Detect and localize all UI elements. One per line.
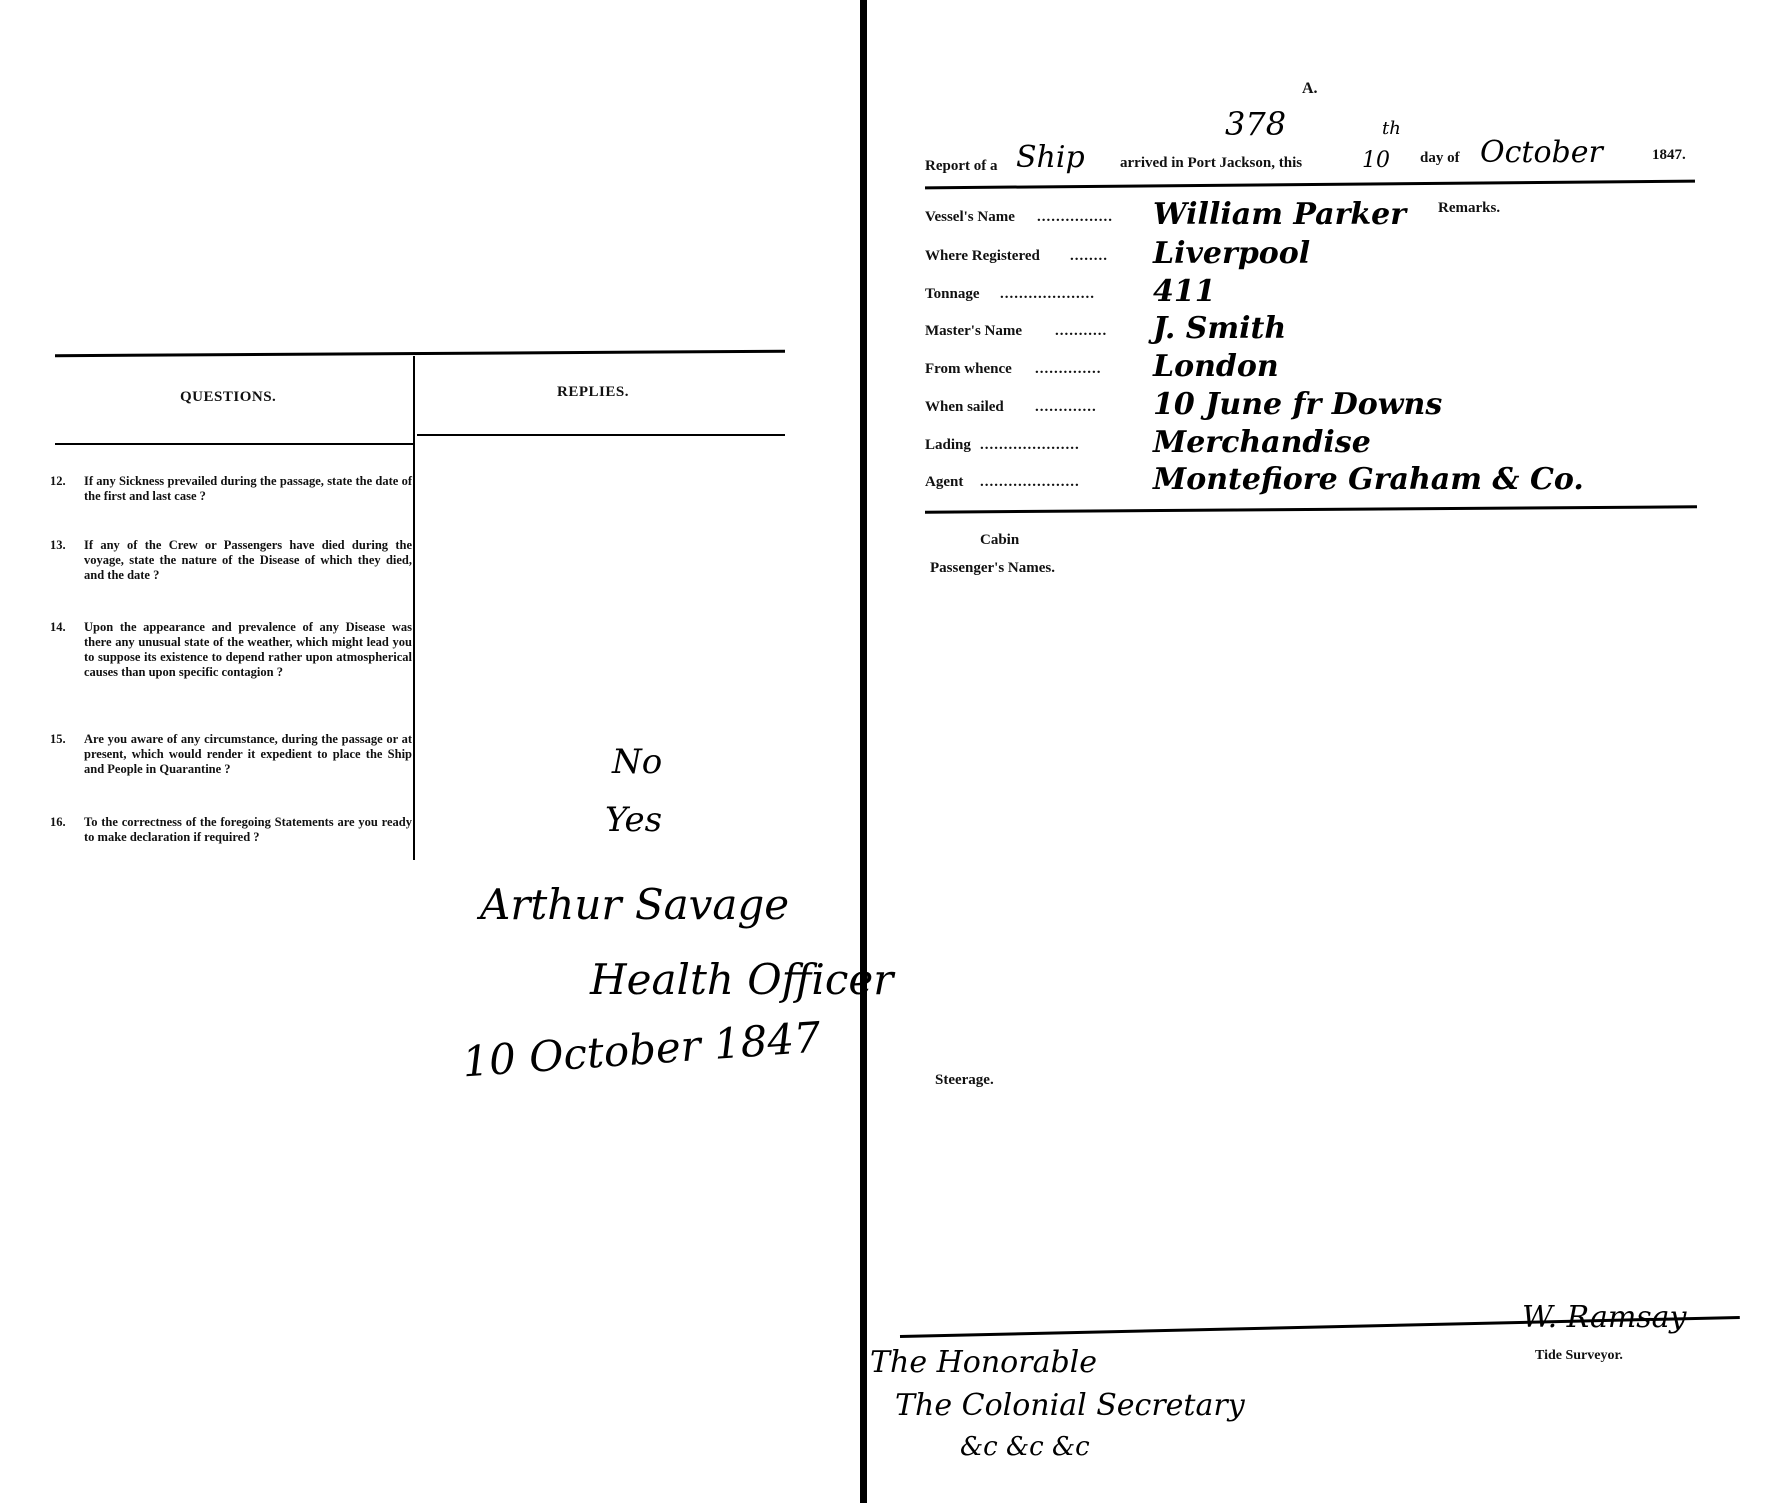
field-where-registered: Where Registered ........ Liverpool — [925, 242, 1625, 276]
passengers-label: Passenger's Names. — [930, 560, 1055, 577]
field-label: Master's Name — [925, 323, 1022, 340]
question-16: 16. To the correctness of the foregoing … — [50, 815, 412, 845]
arrived-text: arrived in Port Jackson, this — [1120, 155, 1302, 172]
leader-dots: ............. — [1035, 399, 1150, 416]
leader-dots: ................ — [1037, 209, 1151, 226]
report-rule — [925, 180, 1695, 190]
column-divider — [413, 356, 415, 860]
leader-dots: ........... — [1055, 323, 1150, 340]
health-officer-name: Arthur Savage — [480, 880, 789, 929]
question-13: 13. If any of the Crew or Passengers hav… — [50, 538, 412, 583]
steerage-label: Steerage. — [935, 1072, 994, 1089]
field-lading: Lading ..................... Merchandise — [925, 431, 1625, 465]
where-registered-value: Liverpool — [1153, 236, 1310, 271]
question-text: Upon the appearance and prevalence of an… — [84, 620, 412, 680]
schedule-letter: A. — [1302, 80, 1318, 98]
particulars-rule — [925, 505, 1697, 513]
field-tonnage: Tonnage .................... 411 — [925, 280, 1625, 314]
field-label: Tonnage — [925, 286, 979, 303]
field-label: When sailed — [925, 399, 1004, 416]
field-when-sailed: When sailed ............. 10 June fr Dow… — [925, 393, 1625, 427]
question-number: 16. — [50, 815, 80, 830]
cabin-label: Cabin — [980, 532, 1019, 549]
questions-header: QUESTIONS. — [180, 389, 276, 406]
replies-header-rule — [417, 434, 785, 436]
field-from-whence: From whence .............. London — [925, 355, 1625, 389]
leader-dots: ........ — [1070, 248, 1150, 265]
tide-surveyor-signature: W. Ramsay — [1522, 1300, 1687, 1335]
reply-15: No — [612, 742, 662, 782]
question-text: Are you aware of any circumstance, durin… — [84, 732, 412, 777]
field-label: Vessel's Name — [925, 209, 1015, 226]
arrival-month: October — [1480, 135, 1603, 170]
leader-dots: ..................... — [980, 474, 1150, 491]
table-top-rule — [55, 350, 785, 357]
leader-dots: ..................... — [980, 437, 1150, 454]
tonnage-value: 411 — [1153, 274, 1216, 309]
vessel-type: Ship — [1016, 140, 1085, 175]
lading-value: Merchandise — [1153, 425, 1371, 460]
field-agent: Agent ..................... Montefiore G… — [925, 468, 1625, 502]
health-officer-title: Health Officer — [590, 955, 893, 1004]
replies-header: REPLIES. — [557, 384, 629, 401]
when-sailed-value: 10 June fr Downs — [1153, 387, 1442, 422]
page-divider — [860, 0, 867, 1503]
arrival-day-suffix: th — [1382, 118, 1401, 139]
arrival-year: 1847. — [1652, 147, 1686, 164]
field-label: From whence — [925, 361, 1012, 378]
day-of-text: day of — [1420, 150, 1460, 167]
from-whence-value: London — [1153, 349, 1279, 384]
addressee-line-2: The Colonial Secretary — [895, 1388, 1245, 1423]
field-label: Agent — [925, 474, 963, 491]
question-14: 14. Upon the appearance and prevalence o… — [50, 620, 412, 680]
addressee-line-1: The Honorable — [870, 1345, 1097, 1380]
field-label: Where Registered — [925, 248, 1040, 265]
signature-date: 10 October 1847 — [461, 1013, 823, 1087]
question-text: If any of the Crew or Passengers have di… — [84, 538, 412, 583]
question-number: 12. — [50, 474, 80, 489]
agent-value: Montefiore Graham & Co. — [1153, 462, 1584, 497]
leader-dots: .............. — [1035, 361, 1150, 378]
question-text: To the correctness of the foregoing Stat… — [84, 815, 412, 845]
question-number: 15. — [50, 732, 80, 747]
question-number: 14. — [50, 620, 80, 635]
vessel-name-value: William Parker — [1153, 197, 1406, 232]
report-number: 378 — [1225, 105, 1286, 143]
addressee-line-3: &c &c &c — [960, 1432, 1090, 1462]
question-12: 12. If any Sickness prevailed during the… — [50, 474, 412, 504]
field-masters-name: Master's Name ........... J. Smith — [925, 317, 1625, 351]
field-vessel-name: Vessel's Name ................ William P… — [925, 203, 1625, 237]
report-prefix: Report of a — [925, 158, 997, 175]
leader-dots: .................... — [1000, 286, 1150, 303]
question-number: 13. — [50, 538, 80, 553]
questions-header-rule — [55, 443, 413, 445]
arrival-day: 10 — [1362, 148, 1390, 173]
field-label: Lading — [925, 437, 971, 454]
tide-surveyor-label: Tide Surveyor. — [1535, 1348, 1623, 1364]
reply-16: Yes — [605, 800, 662, 840]
masters-name-value: J. Smith — [1153, 311, 1286, 346]
question-15: 15. Are you aware of any circumstance, d… — [50, 732, 412, 777]
question-text: If any Sickness prevailed during the pas… — [84, 474, 412, 504]
